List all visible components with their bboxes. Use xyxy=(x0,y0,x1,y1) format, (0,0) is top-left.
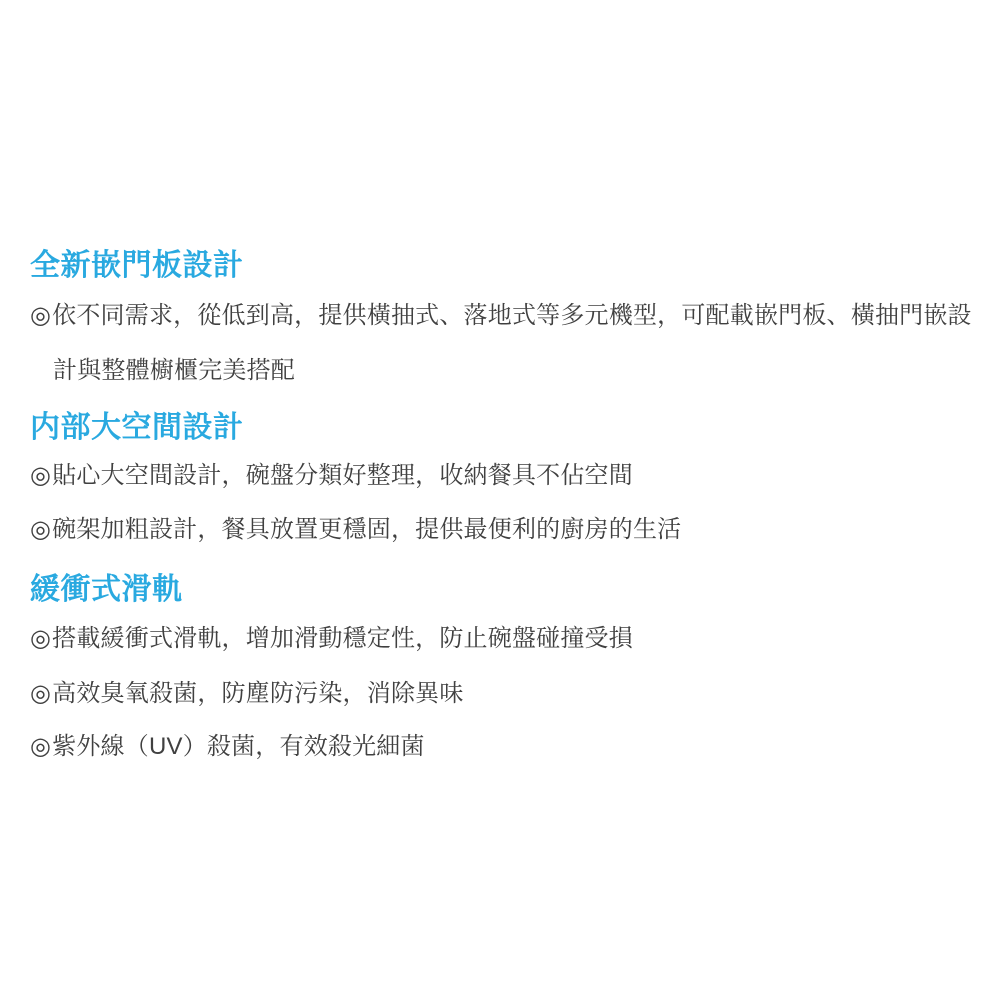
bullet-marker: ◎ xyxy=(30,516,51,543)
bullet-text: 搭載緩衝式滑軌，增加滑動穩定性，防止碗盤碰撞受損 xyxy=(52,625,633,652)
section-heading-interior-space-design: 内部大空間設計 xyxy=(30,402,244,446)
bullet-text: 高效臭氧殺菌，防塵防污染，消除異味 xyxy=(52,680,463,707)
bullet-item: ◎紫外線（UV）殺菌，有效殺光細菌 xyxy=(30,726,425,761)
bullet-text: 紫外線（UV）殺菌，有效殺光細菌 xyxy=(52,733,425,760)
bullet-marker: ◎ xyxy=(30,462,51,489)
bullet-item: ◎依不同需求，從低到高，提供橫抽式、落地式等多元機型，可配載嵌門板、橫抽門嵌設 xyxy=(30,295,972,330)
bullet-item: ◎搭載緩衝式滑軌，增加滑動穩定性，防止碗盤碰撞受損 xyxy=(30,618,633,653)
section-heading-soft-close-rail: 緩衝式滑軌 xyxy=(30,564,183,608)
bullet-text: 依不同需求，從低到高，提供橫抽式、落地式等多元機型，可配載嵌門板、橫抽門嵌設 xyxy=(52,302,972,329)
bullet-item-continuation: 計與整體櫥櫃完美搭配 xyxy=(53,350,295,385)
bullet-item: ◎貼心大空間設計，碗盤分類好整理，收納餐具不佔空間 xyxy=(30,455,633,490)
bullet-text: 計與整體櫥櫃完美搭配 xyxy=(53,357,295,384)
bullet-text: 貼心大空間設計，碗盤分類好整理，收納餐具不佔空間 xyxy=(52,462,633,489)
product-description-page: 全新嵌門板設計 ◎依不同需求，從低到高，提供橫抽式、落地式等多元機型，可配載嵌門… xyxy=(0,0,1000,1000)
section-heading-door-panel-design: 全新嵌門板設計 xyxy=(30,240,244,284)
bullet-marker: ◎ xyxy=(30,302,51,329)
bullet-marker: ◎ xyxy=(30,733,51,760)
bullet-marker: ◎ xyxy=(30,625,51,652)
bullet-item: ◎碗架加粗設計，餐具放置更穩固，提供最便利的廚房的生活 xyxy=(30,509,681,544)
bullet-marker: ◎ xyxy=(30,680,51,707)
bullet-item: ◎高效臭氧殺菌，防塵防污染，消除異味 xyxy=(30,673,464,708)
bullet-text: 碗架加粗設計，餐具放置更穩固，提供最便利的廚房的生活 xyxy=(52,516,681,543)
